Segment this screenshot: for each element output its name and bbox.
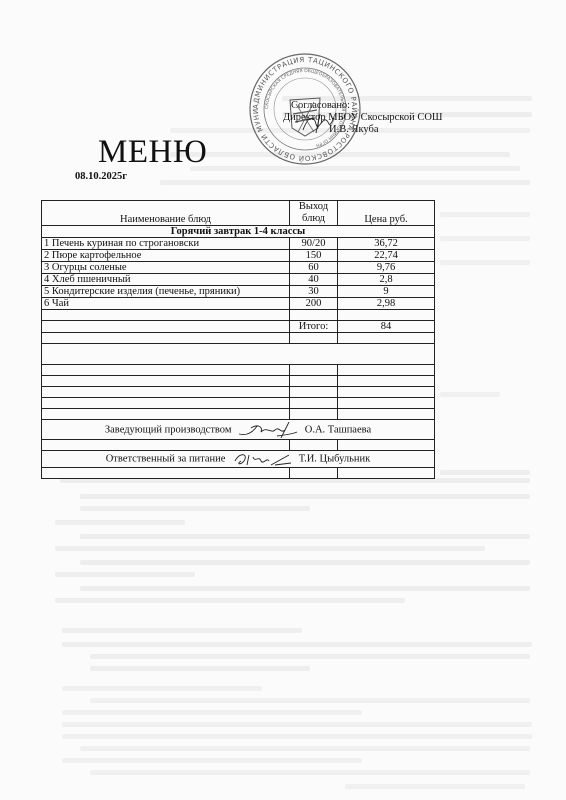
table-row: 1 Печень куриная по строгановски 90/20 3… (42, 238, 435, 250)
total-value: 84 (338, 321, 435, 333)
nutrition-responsible-signature-row: Ответственный за питание Т.И. Цыбульник (42, 451, 435, 468)
section-title: Горячий завтрак 1-4 классы (42, 226, 435, 238)
production-head-title: Заведующий производством (105, 424, 232, 435)
table-row: 2 Пюре картофельное 150 22,74 (42, 250, 435, 262)
blank-row (42, 365, 435, 376)
approval-label: Согласовано: (283, 100, 443, 112)
blank-row (42, 409, 435, 420)
total-row: Итого: 84 (42, 321, 435, 333)
blank-row (42, 398, 435, 409)
nutrition-responsible-name: Т.И. Цыбульник (299, 453, 371, 464)
table-header-row: Наименование блюд Выход блюд Цена руб. (42, 201, 435, 226)
table-row: 4 Хлеб пшеничный 40 2,8 (42, 274, 435, 286)
menu-table: Наименование блюд Выход блюд Цена руб. Г… (41, 200, 435, 479)
nutrition-responsible-title: Ответственный за питание (106, 453, 226, 464)
blank-row (42, 468, 435, 479)
header-output: Выход блюд (290, 201, 338, 226)
blank-row (42, 333, 435, 344)
production-head-name: О.А. Ташпаева (305, 424, 371, 435)
blank-row (42, 344, 435, 365)
nutrition-responsible-signature (231, 451, 293, 467)
production-head-signature-row: Заведующий производством О.А. Ташпаева (42, 420, 435, 440)
director-signature (300, 112, 340, 134)
blank-row (42, 310, 435, 321)
blank-row (42, 440, 435, 451)
page-title: МЕНЮ (98, 134, 207, 171)
menu-date: 08.10.2025г (75, 171, 127, 182)
total-label: Итого: (290, 321, 338, 333)
blank-row (42, 376, 435, 387)
header-dish-name: Наименование блюд (42, 201, 290, 226)
section-header-row: Горячий завтрак 1-4 классы (42, 226, 435, 238)
table-row: 5 Кондитерские изделия (печенье, пряники… (42, 286, 435, 298)
table-row: 6 Чай 200 2,98 (42, 298, 435, 310)
table-row: 3 Огурцы соленые 60 9,76 (42, 262, 435, 274)
blank-row (42, 387, 435, 398)
production-head-signature (237, 422, 299, 438)
header-price: Цена руб. (338, 201, 435, 226)
